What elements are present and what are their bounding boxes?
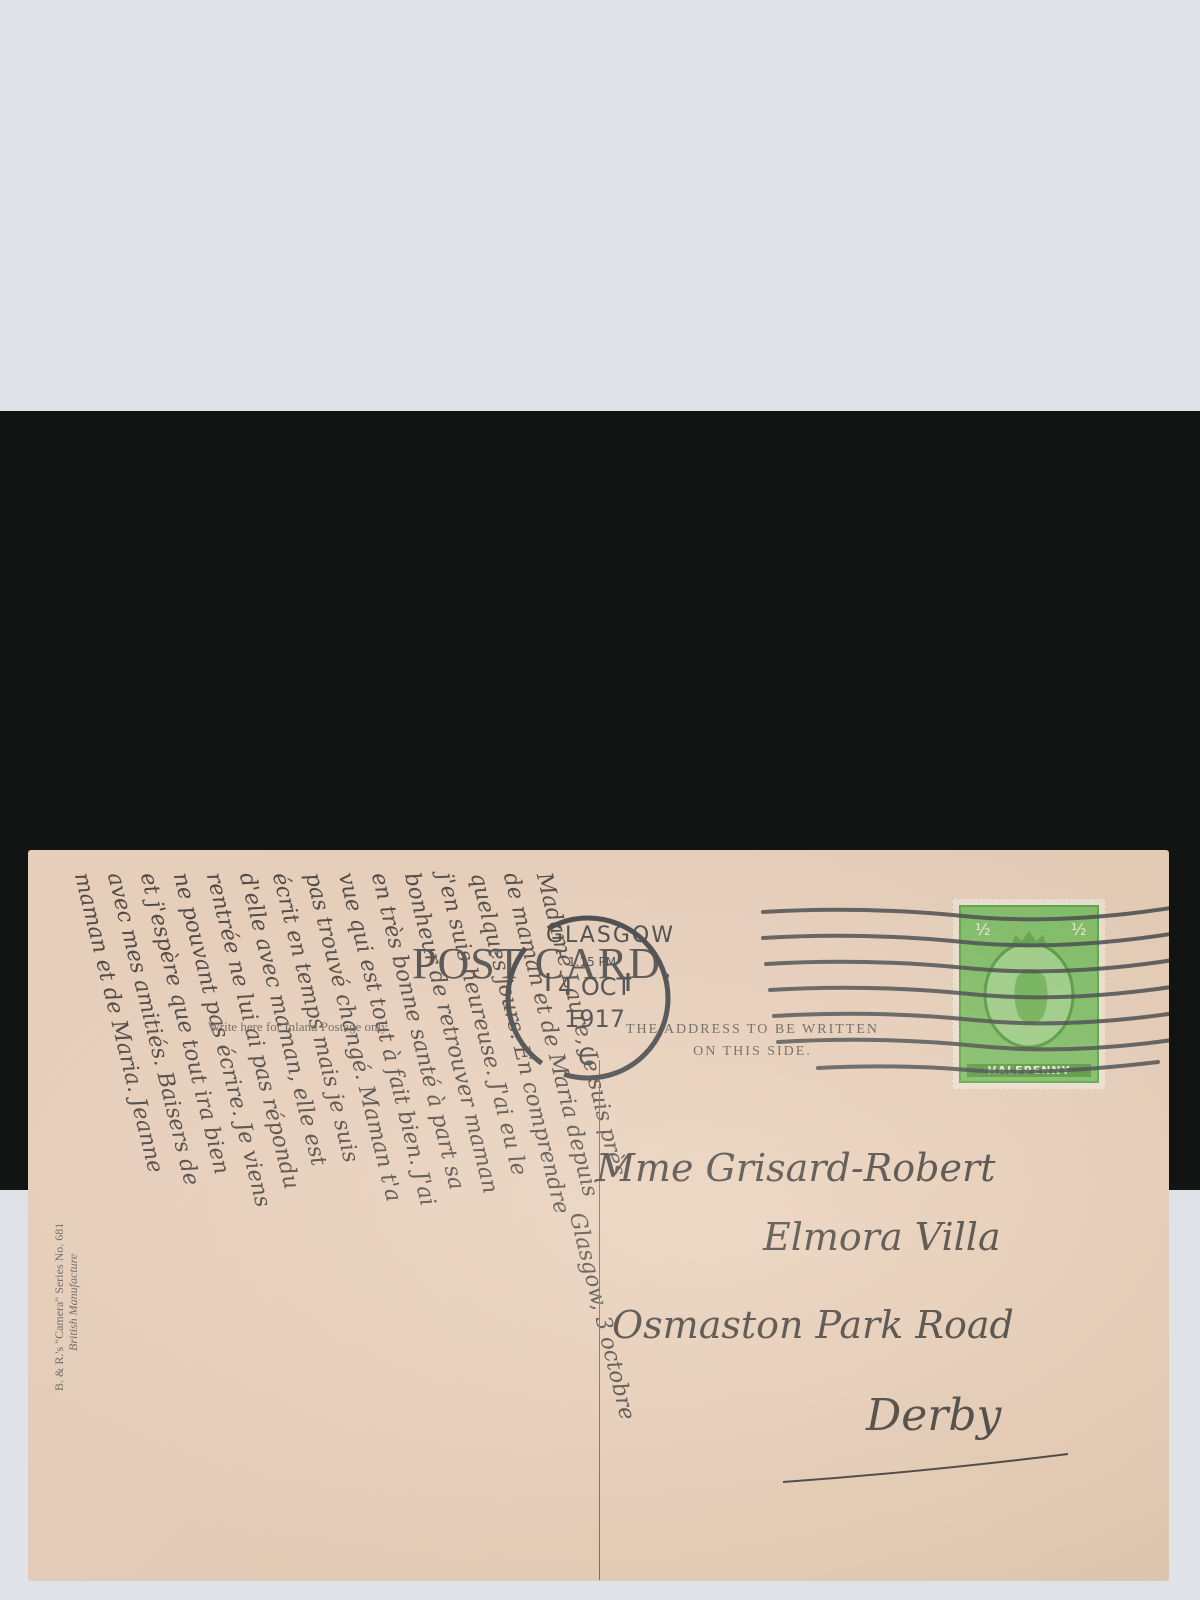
king-portrait-icon: ½ ½ — [961, 907, 1097, 1081]
address-house: Elmora Villa — [763, 1215, 1001, 1259]
address-underline — [778, 1440, 1078, 1490]
stamp-denomination: HALFPENNY — [967, 1064, 1091, 1077]
postmark-date: 4 OCT — [558, 973, 631, 1001]
postmark-year: 1917 — [564, 1005, 625, 1033]
stamp-value-right: ½ — [1071, 920, 1087, 939]
publisher-line1: B. & R.'s "Camera" Series No. 681 — [52, 1091, 66, 1391]
postage-stamp: ½ ½ HALFPENNY — [952, 898, 1106, 1090]
address-street: Osmaston Park Road — [612, 1303, 1014, 1347]
center-divider — [599, 1060, 600, 1580]
postmark-town: GLASGOW — [546, 923, 675, 948]
inland-postage-instruction: Write here for Inland Postage only. — [208, 1019, 390, 1035]
postmark-time: 1.15 PM — [568, 955, 616, 969]
address-city: Derby — [866, 1390, 1001, 1441]
publisher-imprint: B. & R.'s "Camera" Series No. 681 Britis… — [52, 1091, 80, 1391]
stamp-value-left: ½ — [975, 920, 991, 939]
address-recipient: Mme Grisard-Robert — [596, 1146, 995, 1190]
postcard-photo: Glasgow, 3 octobreMadame Laure, Je suis … — [0, 411, 1200, 1190]
stamp-design: ½ ½ HALFPENNY — [959, 905, 1099, 1083]
postmark-office: C — [578, 1043, 595, 1071]
publisher-line2: British Manufacture — [66, 1091, 80, 1391]
postmark: GLASGOW 1.15 PM 4 OCT 1917 C — [498, 913, 678, 1083]
postcard: Glasgow, 3 octobreMadame Laure, Je suis … — [28, 850, 1169, 1581]
